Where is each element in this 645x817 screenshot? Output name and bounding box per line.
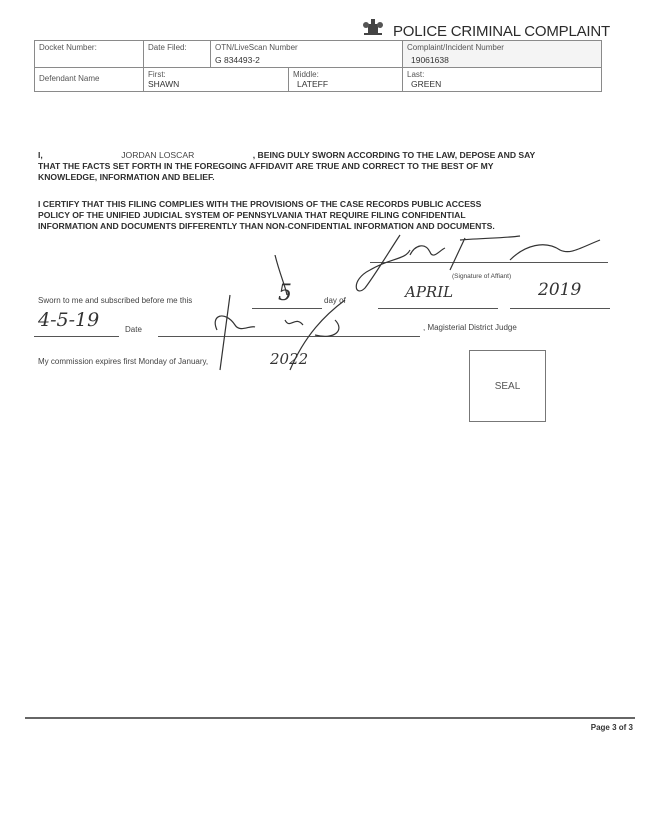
header-table: Docket Number: Date Filed: OTN/LiveScan … bbox=[34, 40, 602, 92]
certification-line-2: POLICY OF THE UNIFIED JUDICIAL SYSTEM OF… bbox=[38, 210, 606, 221]
date-label: Date bbox=[125, 325, 142, 334]
affidavit-line-2: THAT THE FACTS SET FORTH IN THE FOREGOIN… bbox=[38, 161, 606, 172]
month-handwritten: APRIL bbox=[405, 283, 453, 301]
document-title: POLICE CRIMINAL COMPLAINT bbox=[393, 23, 610, 40]
affidavit-prefix: I, bbox=[38, 150, 43, 160]
last-name-cell: Last: GREEN bbox=[403, 68, 602, 92]
commission-year-handwritten: 2022 bbox=[270, 350, 308, 368]
complaint-number-value: 19061638 bbox=[407, 55, 597, 65]
defendant-name-cell: Defendant Name bbox=[35, 68, 144, 92]
date-line bbox=[34, 336, 119, 337]
year-line bbox=[510, 308, 610, 309]
certification-paragraph: I CERTIFY THAT THIS FILING COMPLIES WITH… bbox=[38, 199, 606, 232]
signature-of-affiant-label: (Signature of Affiant) bbox=[452, 273, 511, 280]
complaint-number-label: Complaint/Incident Number bbox=[407, 43, 597, 52]
affiant-name: JORDAN LOSCAR bbox=[83, 150, 233, 161]
month-line bbox=[378, 308, 498, 309]
date-handwritten: 4-5-19 bbox=[38, 309, 99, 331]
middle-name-cell: Middle: LATEFF bbox=[289, 68, 403, 92]
coat-of-arms-icon bbox=[362, 18, 384, 36]
middle-name-label: Middle: bbox=[293, 70, 398, 79]
docket-number-label: Docket Number: bbox=[39, 43, 139, 52]
affidavit-line-3: KNOWLEDGE, INFORMATION AND BELIEF. bbox=[38, 172, 606, 183]
footer-divider bbox=[25, 717, 635, 719]
sworn-text: Sworn to me and subscribed before me thi… bbox=[38, 296, 192, 305]
first-name-cell: First: SHAWN bbox=[144, 68, 289, 92]
complaint-number-cell: Complaint/Incident Number 19061638 bbox=[403, 41, 602, 68]
seal-label: SEAL bbox=[470, 381, 545, 392]
docket-number-cell: Docket Number: bbox=[35, 41, 144, 68]
first-name-label: First: bbox=[148, 70, 284, 79]
otn-cell: OTN/LiveScan Number G 834493-2 bbox=[211, 41, 403, 68]
otn-label: OTN/LiveScan Number bbox=[215, 43, 398, 52]
affidavit-paragraph: I,JORDAN LOSCAR, BEING DULY SWORN ACCORD… bbox=[38, 150, 606, 183]
affidavit-line-1: I,JORDAN LOSCAR, BEING DULY SWORN ACCORD… bbox=[38, 150, 606, 161]
date-filed-label: Date Filed: bbox=[148, 43, 206, 52]
last-name-value: GREEN bbox=[407, 79, 597, 89]
commission-text: My commission expires first Monday of Ja… bbox=[38, 357, 208, 366]
magisterial-district-judge-label: , Magisterial District Judge bbox=[423, 323, 517, 332]
affidavit-line-1-rest: , BEING DULY SWORN ACCORDING TO THE LAW,… bbox=[253, 150, 536, 160]
seal-box: SEAL bbox=[469, 350, 546, 422]
page-number: Page 3 of 3 bbox=[591, 723, 633, 732]
otn-value: G 834493-2 bbox=[215, 55, 398, 65]
date-filed-cell: Date Filed: bbox=[144, 41, 211, 68]
year-handwritten: 2019 bbox=[538, 280, 581, 300]
certification-line-1: I CERTIFY THAT THIS FILING COMPLIES WITH… bbox=[38, 199, 606, 210]
first-name-value: SHAWN bbox=[148, 79, 284, 89]
defendant-name-label: Defendant Name bbox=[39, 74, 139, 83]
middle-name-value: LATEFF bbox=[293, 79, 398, 89]
last-name-label: Last: bbox=[407, 70, 597, 79]
